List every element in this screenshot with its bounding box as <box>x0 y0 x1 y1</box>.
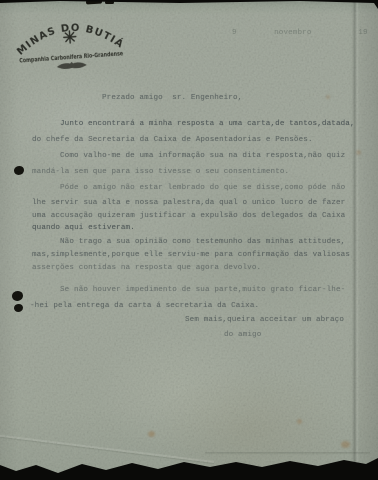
body-line: Como valho-me de uma informação sua na d… <box>60 152 345 161</box>
ink-blob <box>12 291 23 301</box>
age-spot <box>341 441 350 448</box>
body-line: mandá-la sem que para isso tivesse o seu… <box>32 168 289 177</box>
body-line: asserções contidas na resposta que agora… <box>32 264 261 273</box>
ink-blob <box>14 304 23 312</box>
age-spot <box>326 95 330 99</box>
body-line: Se não houver impedimento de sua parte,m… <box>60 286 345 295</box>
ink-blob <box>14 166 24 175</box>
body-line: mas,simplesmente,porque elle serviu-me p… <box>32 251 350 260</box>
paper-fold-line <box>352 0 359 480</box>
paper: MINAS DO BUTIÁ Companhia Carbonifera Rio… <box>0 0 378 480</box>
age-spot <box>148 431 155 437</box>
edge-mark <box>105 1 114 4</box>
letterhead-graphic: MINAS DO BUTIÁ Companhia Carbonifera Rio… <box>8 2 132 78</box>
salutation: Prezado amigo sr. Engenheiro, <box>102 94 242 103</box>
body-line: Póde o amigo não estar lembrado do que s… <box>60 184 345 193</box>
closing-signature: do amigo <box>224 331 261 340</box>
closing-line: Sem mais,queira acceitar um abraço <box>185 316 344 325</box>
dateline: 9 novembro 19 <box>232 29 368 38</box>
letterhead-stamp: MINAS DO BUTIÁ Companhia Carbonifera Rio… <box>8 2 132 78</box>
body-line: uma accusação quizeram justificar a expu… <box>32 212 345 221</box>
body-line: quando aqui estiveram. <box>32 224 135 233</box>
body-line: do chefe da Secretaria da Caixa de Apose… <box>32 136 313 145</box>
age-spot <box>297 419 302 424</box>
body-line: lhe servir sua alta e nossa palestra,da … <box>32 199 345 208</box>
star-icon <box>63 31 76 44</box>
body-line: Não trago a sua opinião como testemunho … <box>60 238 345 247</box>
paper-crease <box>205 452 370 453</box>
scanned-letter: MINAS DO BUTIÁ Companhia Carbonifera Rio… <box>0 0 378 480</box>
body-line: -hei pela entrega da carta á secretaria … <box>30 302 259 311</box>
body-line: Junto encontrará a minha resposta a uma … <box>60 120 355 129</box>
paper-crease <box>0 433 214 463</box>
flourish-icon <box>57 61 87 70</box>
